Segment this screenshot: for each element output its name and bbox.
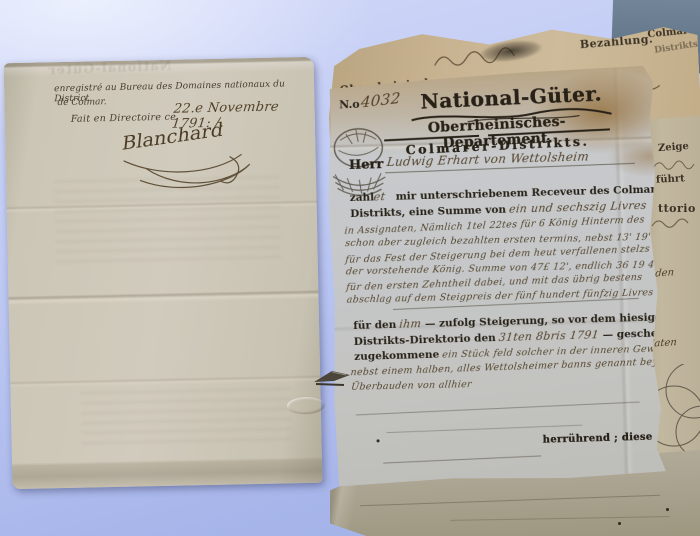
ink-stamp-smudge bbox=[470, 31, 551, 71]
signature-flourish bbox=[109, 150, 260, 197]
printed-text: zugekommene bbox=[354, 349, 439, 363]
handwriting-squiggle bbox=[650, 216, 696, 232]
paper-crease bbox=[360, 495, 660, 506]
footer-printed-text: herrührend ; diese bbox=[542, 432, 652, 446]
printed-text: Distrikts, eine Summe von bbox=[350, 204, 506, 220]
embossed-seal bbox=[287, 397, 325, 415]
paper-crease bbox=[450, 516, 670, 521]
ink-speck bbox=[377, 439, 380, 442]
ink-speck bbox=[618, 522, 621, 525]
document-number-prefix: N.o bbox=[339, 98, 360, 112]
photo-of-documents: Oberrheinisches Bezahlung. Colmarer- Dis… bbox=[0, 0, 700, 536]
paper-fastener bbox=[312, 364, 354, 394]
fragment-text: führt bbox=[656, 173, 685, 185]
background-label-distrikts: Distrikts bbox=[654, 39, 699, 55]
bleed-through-smudge bbox=[80, 387, 291, 447]
document-number: 4032 bbox=[360, 89, 401, 112]
left-document: National-Güter enregistré au Bureau des … bbox=[4, 57, 323, 489]
handwritten-date: 31ten 8bris 1791 bbox=[498, 327, 600, 345]
printed-text: Distrikts-Direktorio den bbox=[354, 332, 496, 348]
handwritten-insert: et bbox=[373, 189, 386, 204]
printed-text: für den bbox=[353, 319, 396, 332]
registration-line-2: de Colmar. bbox=[57, 97, 106, 108]
handwriting-squiggle bbox=[652, 158, 696, 172]
addressee-printed: Herr bbox=[349, 157, 384, 173]
handwritten-amount: ein und sechszig Livres bbox=[509, 198, 648, 217]
bleed-through-text: National-Güter bbox=[47, 59, 171, 79]
fragment-text: ttorio bbox=[658, 202, 696, 215]
ruled-line bbox=[386, 425, 582, 434]
ink-speck bbox=[666, 508, 669, 511]
fait-en-directoire-line: Fait en Directoire ce bbox=[71, 112, 177, 125]
ruled-line bbox=[383, 455, 541, 463]
printed-text: zahl bbox=[350, 191, 375, 204]
handwriting-line: Überbauden von allhier bbox=[351, 379, 473, 393]
ruled-line bbox=[356, 402, 640, 416]
fragment-text: Zeige bbox=[658, 141, 690, 154]
handwritten-insert: ihm bbox=[399, 316, 423, 332]
main-document: N.o 4032 National-Güter. Oberrheinisches… bbox=[324, 65, 667, 486]
